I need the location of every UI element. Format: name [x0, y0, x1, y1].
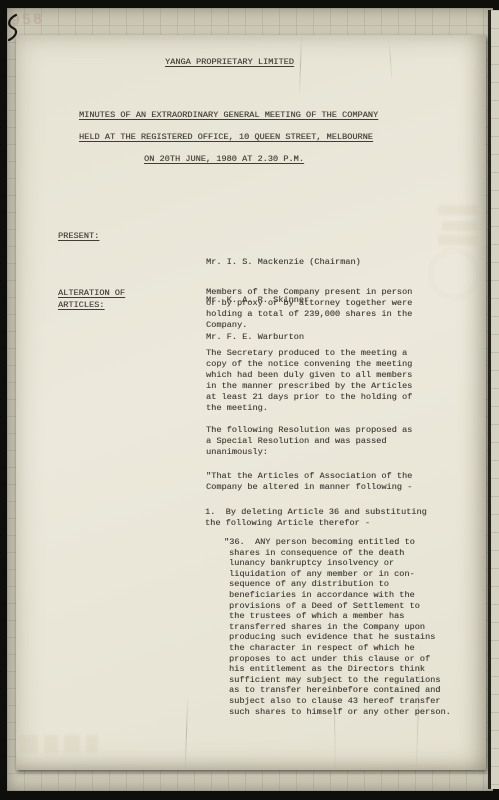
paragraph-special-resolution: The following Resolution was proposed as… — [206, 425, 412, 458]
alteration-of-articles-label: ALTERATION OF ARTICLES: — [58, 287, 125, 311]
attendee-3: Mr. F. E. Warburton — [206, 331, 361, 344]
pen-mark — [4, 13, 22, 45]
ink-bleed-ghost — [438, 205, 482, 245]
meeting-heading-line-1: MINUTES OF AN EXTRAORDINARY GENERAL MEET… — [79, 110, 378, 121]
ink-bleed-ghost — [20, 733, 116, 755]
watermark-circle — [428, 248, 480, 300]
present-label: PRESENT: — [58, 231, 99, 242]
paragraph-members-present: Members of the Company present in person… — [206, 287, 412, 331]
article-36-text: "36. ANY person becoming entitled to sha… — [224, 537, 451, 717]
paragraph-articles-altered: "That the Articles of Association of the… — [206, 471, 412, 493]
scanned-document-photo: { "page": { "stamp_number": "958", "colo… — [0, 0, 499, 800]
meeting-heading-line-3: ON 20TH JUNE, 1980 AT 2.30 P.M. — [144, 154, 304, 165]
document-title: YANGA PROPRIETARY LIMITED — [165, 57, 294, 68]
resolution-item-1: 1. By deleting Article 36 and substituti… — [205, 507, 427, 529]
meeting-heading-line-2: HELD AT THE REGISTERED OFFICE, 10 QUEEN … — [79, 132, 373, 143]
adjacent-page-edge — [488, 10, 499, 789]
paragraph-notice-produced: The Secretary produced to the meeting a … — [206, 348, 412, 414]
attendee-chairman: Mr. I. S. Mackenzie (Chairman) — [206, 256, 361, 269]
